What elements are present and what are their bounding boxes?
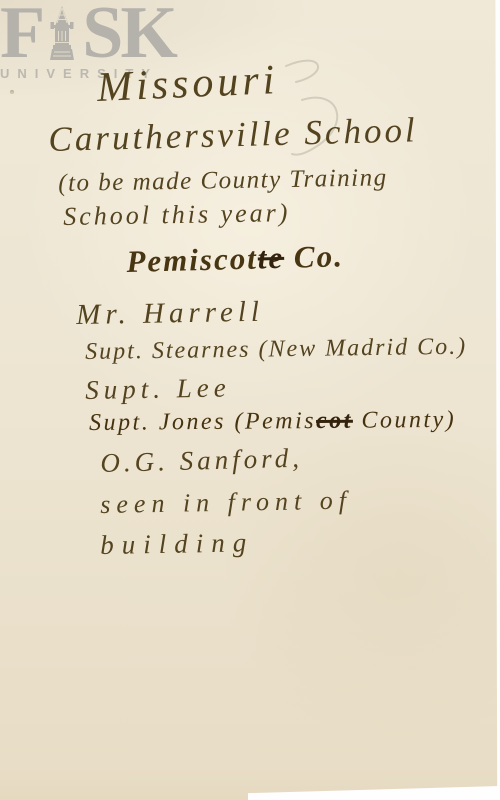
scan-edge-bottom bbox=[248, 782, 500, 800]
handwritten-person-sanford: O.G. Sanford, bbox=[100, 443, 303, 479]
handwritten-person-harrell: Mr. Harrell bbox=[76, 296, 264, 332]
fisk-letters-sk: SK bbox=[82, 7, 175, 59]
handwritten-note-line-1: (to be made County Training bbox=[58, 164, 388, 198]
fisk-letter-f: F bbox=[0, 7, 42, 59]
scan-edge-right bbox=[493, 0, 500, 800]
jones-line-post: County) bbox=[353, 407, 457, 434]
handwritten-person-lee: Supt. Lee bbox=[85, 372, 231, 406]
jones-line-struck: cot bbox=[316, 408, 353, 434]
jubilee-hall-tower-icon bbox=[45, 6, 79, 60]
handwritten-note-line-2: School this year) bbox=[63, 198, 291, 232]
fisk-wordmark: F SK bbox=[0, 5, 190, 59]
handwritten-person-jones: Supt. Jones (Pemiscot County) bbox=[89, 407, 456, 437]
county-name-pre: Pemiscot bbox=[126, 241, 258, 279]
handwritten-person-stearnes: Supt. Stearnes (New Madrid Co.) bbox=[85, 334, 467, 366]
scanned-document-page: F SK UNIVERSIT bbox=[0, 0, 500, 800]
handwritten-school-name: Caruthersville School bbox=[48, 110, 418, 160]
handwritten-county-name: Pemiscotte Co. bbox=[126, 238, 344, 280]
county-name-struck: te bbox=[257, 240, 284, 276]
jones-line-pre: Supt. Jones (Pemis bbox=[89, 408, 316, 436]
county-name-post: Co. bbox=[284, 238, 345, 275]
handwritten-state-name: Missouri bbox=[96, 56, 279, 112]
handwritten-caption-line-1: seen in front of bbox=[100, 486, 352, 520]
handwritten-caption-line-2: building bbox=[100, 527, 255, 561]
paper-speck bbox=[10, 90, 14, 94]
